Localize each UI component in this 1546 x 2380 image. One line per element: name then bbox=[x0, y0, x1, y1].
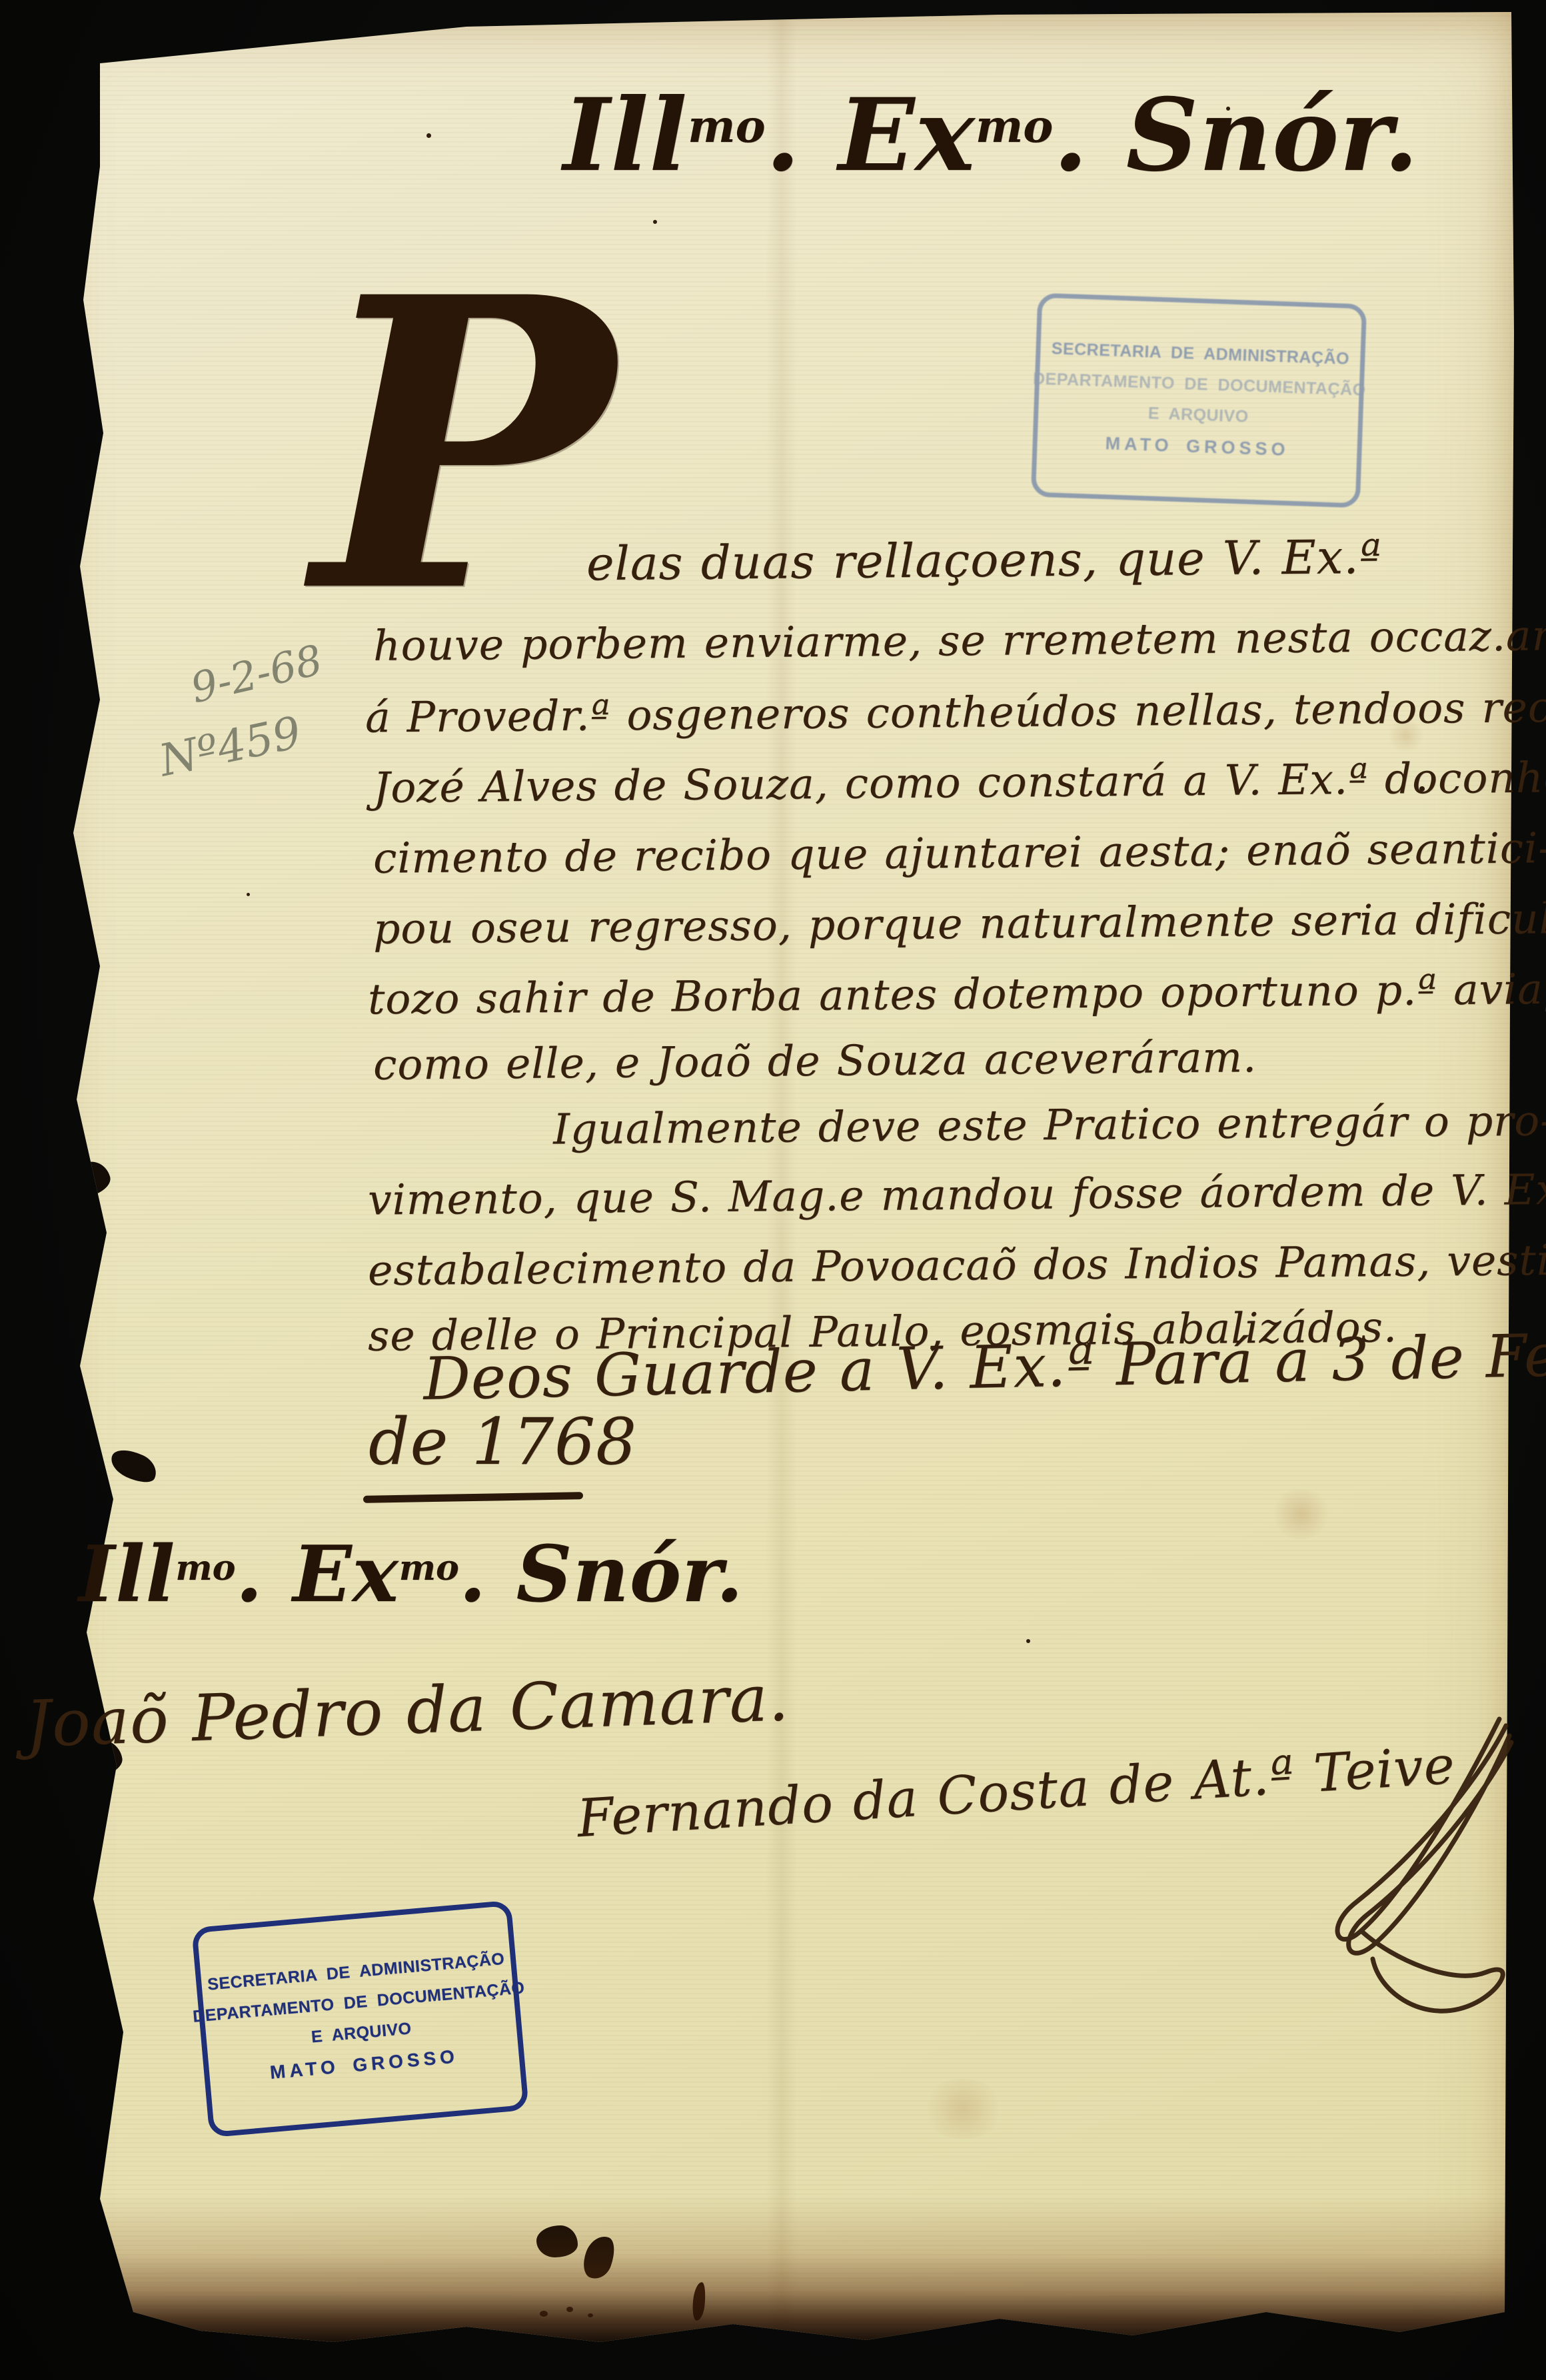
archive-stamp-faded: SECRETARIA DE ADMINISTRAÇÃO DEPARTAMENTO… bbox=[1031, 293, 1367, 508]
burned-bottom-edge bbox=[27, 2195, 1516, 2349]
salutation-superscript: mo bbox=[688, 100, 765, 153]
salutation-word: Ex bbox=[293, 1529, 399, 1620]
body-line: houve porbem enviarme, se rremetem nesta… bbox=[373, 611, 1546, 670]
salutation-separator: . bbox=[459, 1529, 516, 1620]
salutation-word: Ex bbox=[838, 77, 976, 194]
ink-speck bbox=[653, 220, 657, 224]
stamp-line: MATO GROSSO bbox=[1105, 433, 1289, 460]
body-line: estabalecimento da Povoacaõ dos Indios P… bbox=[368, 1235, 1546, 1295]
ink-speck bbox=[247, 893, 250, 896]
ink-speck bbox=[426, 133, 431, 138]
salutation-separator: . bbox=[235, 1529, 293, 1620]
stamp-line: E ARQUIVO bbox=[1148, 404, 1249, 426]
signature-flourish bbox=[1299, 1706, 1539, 2026]
stamp-line: E ARQUIVO bbox=[311, 2019, 412, 2047]
ink-blot bbox=[57, 1266, 84, 1289]
ink-blot bbox=[107, 1444, 161, 1488]
archive-stamp: SECRETARIA DE ADMINISTRAÇÃO DEPARTAMENTO… bbox=[191, 1900, 529, 2138]
ink-blot bbox=[63, 1157, 114, 1201]
salutation-word: Ill bbox=[79, 1529, 175, 1620]
stamp-line: DEPARTAMENTO DE DOCUMENTAÇÃO bbox=[1033, 369, 1366, 400]
body-line: elas duas rellaçoens, que V. Ex.ª bbox=[586, 530, 1382, 591]
stamp-line: SECRETARIA DE ADMINISTRAÇÃO bbox=[1051, 339, 1349, 369]
body-line: pou oseu regresso, porque naturalmente s… bbox=[373, 894, 1546, 953]
header-salutation: Illmo. Exmo. Snór. bbox=[563, 77, 1419, 194]
body-line: Igualmente deve este Pratico entregár o … bbox=[553, 1096, 1546, 1153]
ink-blot bbox=[56, 1311, 80, 1331]
address-salutation: Illmo. Exmo. Snór. bbox=[79, 1529, 744, 1620]
body-line: como elle, e Joaõ de Souza aceveráram. bbox=[373, 1033, 1257, 1089]
salutation-word: Snór. bbox=[516, 1529, 744, 1620]
salutation-word: Snór. bbox=[1126, 77, 1419, 194]
ink-blot bbox=[60, 1349, 75, 1361]
decorative-initial: P bbox=[313, 290, 614, 602]
salutation-superscript: mo bbox=[399, 1548, 459, 1588]
foxing-stain bbox=[920, 2079, 1006, 2139]
ink-blot bbox=[59, 1218, 76, 1231]
salutation-superscript: mo bbox=[175, 1548, 235, 1588]
scanned-manuscript-page: Illmo. Exmo. Snór. SECRETARIA DE ADMINIS… bbox=[0, 0, 1546, 2380]
salutation-separator: . bbox=[766, 77, 838, 194]
body-line: Jozé Alves de Souza, como constará a V. … bbox=[373, 753, 1546, 812]
stamp-line: MATO GROSSO bbox=[269, 2046, 459, 2083]
salutation-word: Ill bbox=[563, 77, 688, 194]
salutation-superscript: mo bbox=[976, 100, 1053, 153]
ink-blot bbox=[61, 1201, 75, 1211]
foxing-stain bbox=[1269, 1489, 1333, 1539]
body-line: cimento de recibo que ajuntarei aesta; e… bbox=[373, 824, 1546, 882]
salutation-separator: . bbox=[1053, 77, 1126, 194]
closing-year: de 1768 bbox=[369, 1405, 637, 1479]
ink-speck bbox=[1026, 1639, 1030, 1643]
